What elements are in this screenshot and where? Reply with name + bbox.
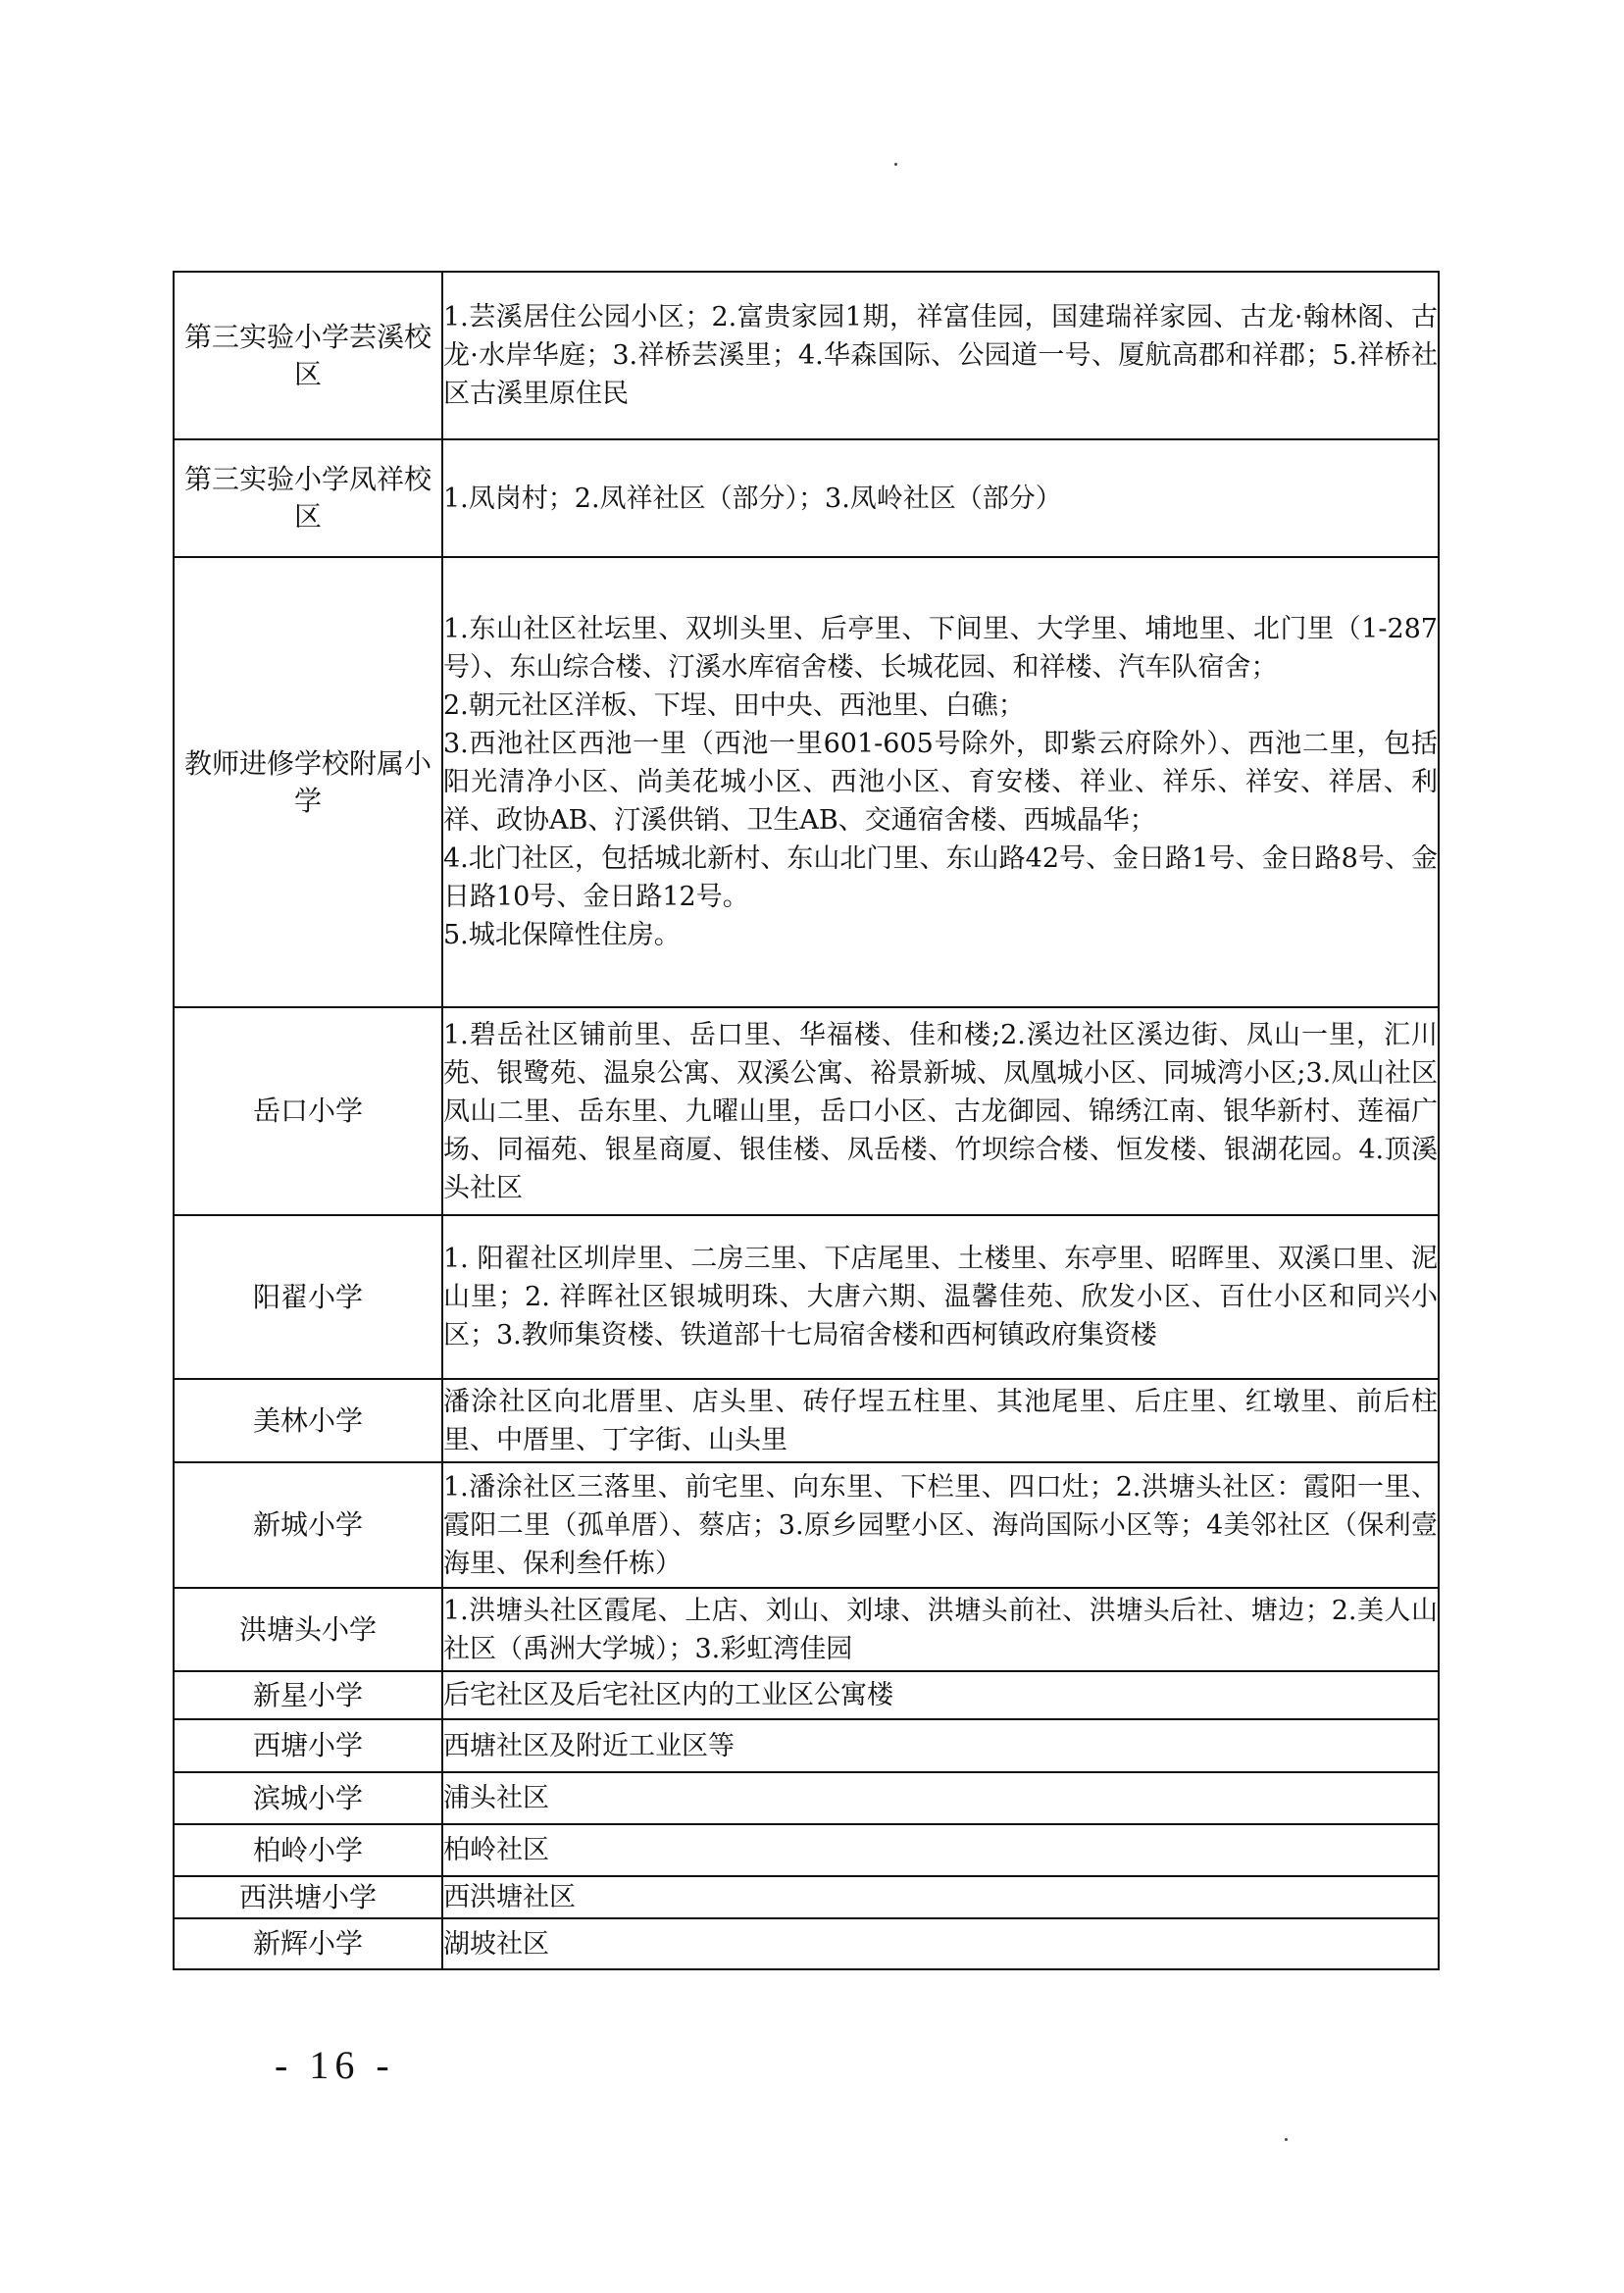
table-row: 第三实验小学芸溪校区1.芸溪居住公园小区；2.富贵家园1期，祥富佳园，国建瑞祥家…	[174, 272, 1439, 439]
school-name-cell: 岳口小学	[174, 1007, 442, 1215]
catchment-area-item: 浦头社区	[443, 1779, 1438, 1817]
catchment-area-item: 1.碧岳社区铺前里、岳口里、华福楼、佳和楼;2.溪边社区溪边街、凤山一里，汇川苑…	[443, 1016, 1438, 1207]
catchment-area-item: 西洪塘社区	[443, 1878, 1438, 1916]
catchment-area-cell: 1.东山社区社坛里、双圳头里、后亭里、下间里、大学里、埔地里、北门里（1-287…	[442, 557, 1439, 1007]
table-row: 柏岭小学柏岭社区	[174, 1824, 1439, 1876]
catchment-area-item: 西塘社区及附近工业区等	[443, 1727, 1438, 1765]
school-name-cell: 西塘小学	[174, 1719, 442, 1772]
school-name-cell: 滨城小学	[174, 1772, 442, 1824]
school-name-cell: 洪塘头小学	[174, 1588, 442, 1671]
catchment-area-cell: 西塘社区及附近工业区等	[442, 1719, 1439, 1772]
catchment-area-item: 潘涂社区向北厝里、店头里、砖仔埕五柱里、其池尾里、后庄里、红墩里、前后柱里、中厝…	[443, 1383, 1438, 1459]
catchment-area-item: 柏岭社区	[443, 1831, 1438, 1869]
catchment-area-item: 后宅社区及后宅社区内的工业区公寓楼	[443, 1676, 1438, 1714]
catchment-area-cell: 潘涂社区向北厝里、店头里、砖仔埕五柱里、其池尾里、后庄里、红墩里、前后柱里、中厝…	[442, 1379, 1439, 1462]
school-name-cell: 阳翟小学	[174, 1215, 442, 1379]
document-page: 第三实验小学芸溪校区1.芸溪居住公园小区；2.富贵家园1期，祥富佳园，国建瑞祥家…	[0, 0, 1624, 2293]
catchment-area-item: 湖坡社区	[443, 1925, 1438, 1963]
table-row: 新城小学1.潘涂社区三落里、前宅里、向东里、下栏里、四口灶；2.洪塘头社区：霞阳…	[174, 1462, 1439, 1588]
catchment-area-item: 2.朝元社区洋板、下埕、田中央、西池里、白礁；	[443, 687, 1438, 725]
table-row: 西洪塘小学西洪塘社区	[174, 1876, 1439, 1918]
catchment-area-cell: 湖坡社区	[442, 1918, 1439, 1969]
catchment-area-item: 1.洪塘头社区霞尾、上店、刘山、刘埭、洪塘头前社、洪塘头后社、塘边；2.美人山社…	[443, 1592, 1438, 1668]
catchment-area-item: 1. 阳翟社区圳岸里、二房三里、下店尾里、土楼里、东亭里、昭晖里、双溪口里、泥山…	[443, 1240, 1438, 1354]
school-name-cell: 新星小学	[174, 1671, 442, 1719]
table-row: 教师进修学校附属小学1.东山社区社坛里、双圳头里、后亭里、下间里、大学里、埔地里…	[174, 557, 1439, 1007]
table-row: 新辉小学湖坡社区	[174, 1918, 1439, 1969]
catchment-area-cell: 浦头社区	[442, 1772, 1439, 1824]
catchment-area-item: 1.凤岗村；2.凤祥社区（部分）；3.凤岭社区（部分）	[443, 480, 1438, 518]
school-name-cell: 新城小学	[174, 1462, 442, 1588]
catchment-area-item: 1.芸溪居住公园小区；2.富贵家园1期，祥富佳园，国建瑞祥家园、古龙·翰林阁、古…	[443, 298, 1438, 413]
school-zone-table: 第三实验小学芸溪校区1.芸溪居住公园小区；2.富贵家园1期，祥富佳园，国建瑞祥家…	[173, 271, 1440, 1970]
catchment-area-cell: 1.芸溪居住公园小区；2.富贵家园1期，祥富佳园，国建瑞祥家园、古龙·翰林阁、古…	[442, 272, 1439, 439]
catchment-area-item: 5.城北保障性住房。	[443, 916, 1438, 954]
school-name-cell: 第三实验小学凤祥校区	[174, 439, 442, 557]
table-row: 西塘小学西塘社区及附近工业区等	[174, 1719, 1439, 1772]
table-row: 美林小学潘涂社区向北厝里、店头里、砖仔埕五柱里、其池尾里、后庄里、红墩里、前后柱…	[174, 1379, 1439, 1462]
catchment-area-item: 1.东山社区社坛里、双圳头里、后亭里、下间里、大学里、埔地里、北门里（1-287…	[443, 610, 1438, 687]
table-row: 洪塘头小学1.洪塘头社区霞尾、上店、刘山、刘埭、洪塘头前社、洪塘头后社、塘边；2…	[174, 1588, 1439, 1671]
table-row: 滨城小学浦头社区	[174, 1772, 1439, 1824]
catchment-area-item: 4.北门社区，包括城北新村、东山北门里、东山路42号、金日路1号、金日路8号、金…	[443, 840, 1438, 916]
page-number: - 16 -	[275, 2042, 395, 2088]
catchment-area-item: 3.西池社区西池一里（西池一里601-605号除外，即紫云府除外）、西池二里，包…	[443, 725, 1438, 840]
catchment-area-cell: 后宅社区及后宅社区内的工业区公寓楼	[442, 1671, 1439, 1719]
catchment-area-cell: 1.凤岗村；2.凤祥社区（部分）；3.凤岭社区（部分）	[442, 439, 1439, 557]
table-row: 新星小学后宅社区及后宅社区内的工业区公寓楼	[174, 1671, 1439, 1719]
scan-speck	[1285, 2138, 1288, 2141]
school-name-cell: 柏岭小学	[174, 1824, 442, 1876]
school-name-cell: 新辉小学	[174, 1918, 442, 1969]
scan-speck	[894, 163, 897, 166]
catchment-area-item: 1.潘涂社区三落里、前宅里、向东里、下栏里、四口灶；2.洪塘头社区：霞阳一里、霞…	[443, 1468, 1438, 1583]
catchment-area-cell: 1.潘涂社区三落里、前宅里、向东里、下栏里、四口灶；2.洪塘头社区：霞阳一里、霞…	[442, 1462, 1439, 1588]
table-body: 第三实验小学芸溪校区1.芸溪居住公园小区；2.富贵家园1期，祥富佳园，国建瑞祥家…	[174, 272, 1439, 1969]
school-name-cell: 第三实验小学芸溪校区	[174, 272, 442, 439]
catchment-area-cell: 1.洪塘头社区霞尾、上店、刘山、刘埭、洪塘头前社、洪塘头后社、塘边；2.美人山社…	[442, 1588, 1439, 1671]
catchment-area-cell: 柏岭社区	[442, 1824, 1439, 1876]
table-row: 第三实验小学凤祥校区1.凤岗村；2.凤祥社区（部分）；3.凤岭社区（部分）	[174, 439, 1439, 557]
catchment-area-cell: 1. 阳翟社区圳岸里、二房三里、下店尾里、土楼里、东亭里、昭晖里、双溪口里、泥山…	[442, 1215, 1439, 1379]
school-name-cell: 美林小学	[174, 1379, 442, 1462]
school-name-cell: 教师进修学校附属小学	[174, 557, 442, 1007]
catchment-area-cell: 西洪塘社区	[442, 1876, 1439, 1918]
table-row: 阳翟小学1. 阳翟社区圳岸里、二房三里、下店尾里、土楼里、东亭里、昭晖里、双溪口…	[174, 1215, 1439, 1379]
catchment-area-cell: 1.碧岳社区铺前里、岳口里、华福楼、佳和楼;2.溪边社区溪边街、凤山一里，汇川苑…	[442, 1007, 1439, 1215]
table-row: 岳口小学1.碧岳社区铺前里、岳口里、华福楼、佳和楼;2.溪边社区溪边街、凤山一里…	[174, 1007, 1439, 1215]
school-name-cell: 西洪塘小学	[174, 1876, 442, 1918]
